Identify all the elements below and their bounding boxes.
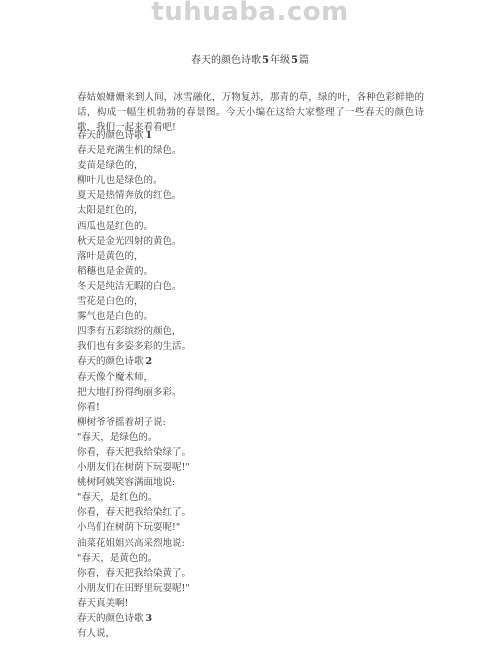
poem-line-text: 稻穗也是金黄的。 bbox=[77, 266, 153, 277]
poem-line: 春天真美啊! bbox=[77, 596, 424, 611]
poem-line-text: "春天，是红色的。 bbox=[77, 492, 157, 503]
poem-line-text: 春天是充满生机的绿色。 bbox=[77, 145, 182, 156]
poem-line: 雪花是白色的， bbox=[77, 294, 424, 309]
poem-section-number: 1 bbox=[146, 130, 153, 141]
poem-line-text: 小朋友们在田野里玩耍呢!" bbox=[77, 583, 190, 594]
poem-line-text: 雪花是白色的， bbox=[77, 296, 144, 307]
poem-line: 春天是充满生机的绿色。 bbox=[77, 143, 424, 158]
poem-line-text: 柳叶儿也是绿色的。 bbox=[77, 175, 163, 186]
site-watermark: tuhuaba.com bbox=[0, 0, 500, 27]
poem-section-number: 3 bbox=[146, 613, 153, 624]
poem-line: 麦苗是绿色的， bbox=[77, 158, 424, 173]
title-number: 5 bbox=[291, 55, 298, 66]
poem-line-text: 西瓜也是红色的。 bbox=[77, 221, 153, 232]
poem-line-text: 柳树爷爷摇着胡子说: bbox=[77, 417, 166, 428]
poem-line-text: 我们也有多姿多彩的生活。 bbox=[77, 341, 191, 352]
poem-line: 把大地打扮得绚丽多彩。 bbox=[77, 385, 424, 400]
poem-line-text: 四季有五彩缤纷的颜色， bbox=[77, 326, 182, 337]
poem-section-heading: 春天的颜色诗歌1 bbox=[77, 128, 424, 143]
poem-line: 小朋友们在田野里玩耍呢!" bbox=[77, 581, 424, 596]
poem-line-text: 春天的颜色诗歌 bbox=[77, 613, 144, 624]
poem-line: 四季有五彩缤纷的颜色， bbox=[77, 324, 424, 339]
poem-line-text: 桃树阿姨笑容满面地说: bbox=[77, 477, 175, 488]
title-text: 年级 bbox=[270, 55, 290, 66]
poem-line: "春天，是红色的。 bbox=[77, 490, 424, 505]
poem-line: 太阳是红色的， bbox=[77, 203, 424, 218]
page-title: 春天的颜色诗歌5年级5篇 bbox=[0, 51, 500, 66]
poem-line-text: 小朋友们在树荫下玩耍呢!" bbox=[77, 462, 190, 473]
title-number: 5 bbox=[262, 55, 269, 66]
poem-line-text: 你看，春天把我给染红了。 bbox=[77, 507, 191, 518]
poem-section-heading: 春天的颜色诗歌3 bbox=[77, 611, 424, 626]
poem-line: 我们也有多姿多彩的生活。 bbox=[77, 339, 424, 354]
poem-line: 你看，春天把我给染黄了。 bbox=[77, 566, 424, 581]
poem-section-heading: 春天的颜色诗歌2 bbox=[77, 354, 424, 369]
poem-line-text: 有人说， bbox=[77, 628, 115, 639]
poem-line-text: 春天的颜色诗歌 bbox=[77, 356, 144, 367]
poem-line-text: 把大地打扮得绚丽多彩。 bbox=[77, 387, 182, 398]
poem-line-text: 小鸟们在树荫下玩耍呢!" bbox=[77, 522, 180, 533]
poem-line: 稻穗也是金黄的。 bbox=[77, 264, 424, 279]
poem-line-text: 春天真美啊! bbox=[77, 598, 128, 609]
poem-line-text: 油菜花姐姐兴高采烈地说: bbox=[77, 538, 185, 549]
poem-line-text: 你看! bbox=[77, 402, 100, 413]
poem-line-text: "春天，是绿色的。 bbox=[77, 432, 157, 443]
poem-line: 你看! bbox=[77, 400, 424, 415]
poem-line-text: 落叶是黄色的， bbox=[77, 251, 144, 262]
poem-line-text: 夏天是热情奔放的红色。 bbox=[77, 190, 182, 201]
poem-body: 春天的颜色诗歌1春天是充满生机的绿色。麦苗是绿色的，柳叶儿也是绿色的。夏天是热情… bbox=[77, 128, 424, 641]
title-text: 春天的颜色诗歌 bbox=[191, 55, 261, 66]
poem-line: 雾气也是白色的。 bbox=[77, 309, 424, 324]
poem-line: 柳树爷爷摇着胡子说: bbox=[77, 415, 424, 430]
poem-line: 冬天是纯洁无暇的白色。 bbox=[77, 279, 424, 294]
poem-line: "春天，是黄色的。 bbox=[77, 551, 424, 566]
poem-line-text: 冬天是纯洁无暇的白色。 bbox=[77, 281, 182, 292]
poem-line-text: 雾气也是白色的。 bbox=[77, 311, 153, 322]
poem-line-text: 春天像个魔术师， bbox=[77, 372, 153, 383]
poem-line: 西瓜也是红色的。 bbox=[77, 219, 424, 234]
poem-line-text: 春天的颜色诗歌 bbox=[77, 130, 144, 141]
poem-line: 小朋友们在树荫下玩耍呢!" bbox=[77, 460, 424, 475]
poem-section-number: 2 bbox=[146, 356, 153, 367]
poem-line: 秋天是金光四射的黄色。 bbox=[77, 234, 424, 249]
poem-line: 有人说， bbox=[77, 626, 424, 641]
poem-line-text: 你看，春天把我给染黄了。 bbox=[77, 568, 191, 579]
poem-line-text: 秋天是金光四射的黄色。 bbox=[77, 236, 182, 247]
poem-line-text: 麦苗是绿色的， bbox=[77, 160, 144, 171]
poem-line: 落叶是黄色的， bbox=[77, 249, 424, 264]
title-text: 篇 bbox=[299, 55, 309, 66]
document-page: tuhuaba.com 春天的颜色诗歌5年级5篇 春姑娘姗姗来到人间，冰雪融化，… bbox=[0, 0, 500, 648]
poem-line-text: "春天，是黄色的。 bbox=[77, 553, 157, 564]
poem-line: 柳叶儿也是绿色的。 bbox=[77, 173, 424, 188]
poem-line: 你看，春天把我给染红了。 bbox=[77, 505, 424, 520]
poem-line: 你看，春天把我给染绿了。 bbox=[77, 445, 424, 460]
poem-line: 油菜花姐姐兴高采烈地说: bbox=[77, 536, 424, 551]
poem-line: 夏天是热情奔放的红色。 bbox=[77, 188, 424, 203]
poem-line: 小鸟们在树荫下玩耍呢!" bbox=[77, 520, 424, 535]
poem-line: 春天像个魔术师， bbox=[77, 370, 424, 385]
poem-line: 桃树阿姨笑容满面地说: bbox=[77, 475, 424, 490]
poem-line: "春天，是绿色的。 bbox=[77, 430, 424, 445]
poem-line-text: 你看，春天把我给染绿了。 bbox=[77, 447, 191, 458]
poem-line-text: 太阳是红色的， bbox=[77, 205, 144, 216]
